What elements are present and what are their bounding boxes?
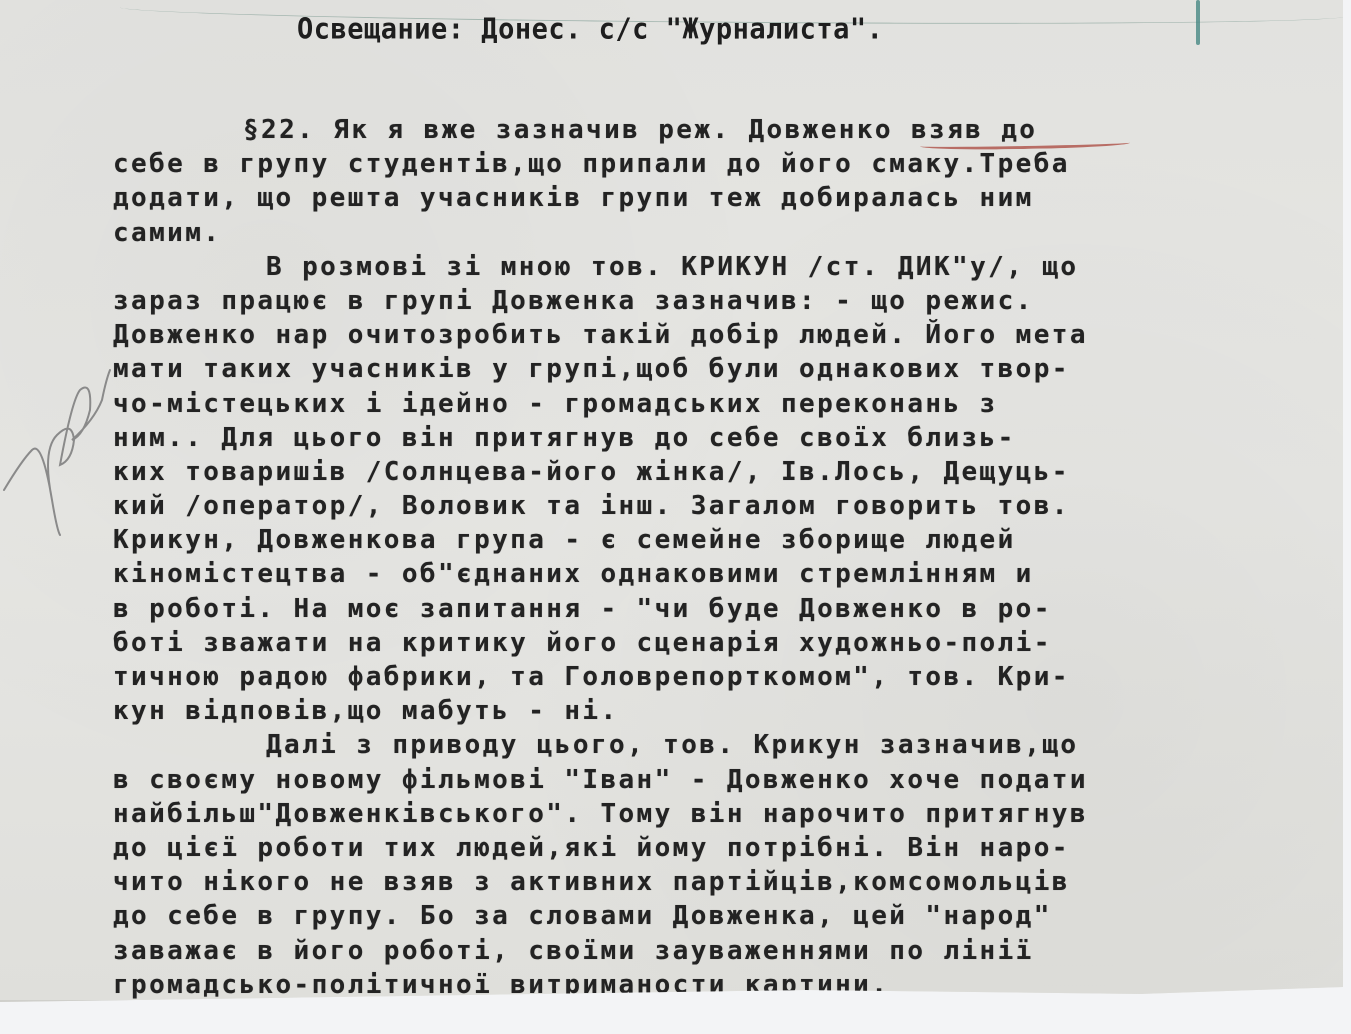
text-line: В розмові зі мною тов. КРИКУН /ст. ДИК"у… (113, 250, 1338, 284)
text-line: в роботі. На моє запитання - "чи буде До… (113, 592, 1338, 626)
text-line: Далі з приводу цього, тов. Крикун зазнач… (113, 728, 1338, 762)
text-line: тичною радою фабрики, та Головрепорткомо… (113, 660, 1338, 694)
text-line: кий /оператор/, Воловик та інш. Загалом … (113, 489, 1338, 523)
document-body: §22. Як я вже зазначив реж. Довженко взя… (113, 113, 1338, 1002)
pencil-mark-top-right (1196, 0, 1200, 45)
text-line: ним.. Для цього він притягнув до себе св… (113, 421, 1338, 455)
text-line: Крикун, Довженкова група - є семейне збо… (113, 523, 1338, 557)
handwritten-margin-note (2, 340, 112, 550)
text-line: §22. Як я вже зазначив реж. Довженко взя… (113, 113, 1338, 147)
text-line: себе в групу студентів,що припали до йог… (113, 147, 1338, 181)
text-line: мати таких учасників у групі,щоб були од… (113, 352, 1338, 386)
text-line: зараз працює в групі Довженка зазначив: … (113, 284, 1338, 318)
text-line: чо-містецьких і ідейно - громадських пер… (113, 387, 1338, 421)
document-heading: Освещание: Донес. с/с "Журналиста". (297, 13, 883, 46)
text-line: найбільш"Довженківського". Тому він наро… (113, 797, 1338, 831)
text-line: чито нікого не взяв з активних партійців… (113, 865, 1338, 899)
text-line: до цієї роботи тих людей,які йому потріб… (113, 831, 1338, 865)
text-line: кіномістецтва - об"єднаних однаковими ст… (113, 557, 1338, 591)
text-line: кун відповів,що мабуть - ні. (113, 694, 1338, 728)
text-line: самим. (113, 216, 1338, 250)
text-line: ких товаришів /Солнцева-його жінка/, Ів.… (113, 455, 1338, 489)
text-line: громадсько-політичної витриманости карти… (113, 968, 1338, 1002)
text-line: до себе в групу. Бо за словами Довженка,… (113, 899, 1338, 933)
text-line: боті зважати на критику його сценарія ху… (113, 626, 1338, 660)
text-line: заважає в його роботі, своїми зауваження… (113, 934, 1338, 968)
text-line: додати, що решта учасників групи теж доб… (113, 181, 1338, 215)
scanned-document-page: Освещание: Донес. с/с "Журналиста". §22.… (0, 0, 1343, 1002)
text-line: Довженко нар очитозробить такій добір лю… (113, 318, 1338, 352)
text-line: в своєму новому фільмові "Іван" - Довжен… (113, 763, 1338, 797)
